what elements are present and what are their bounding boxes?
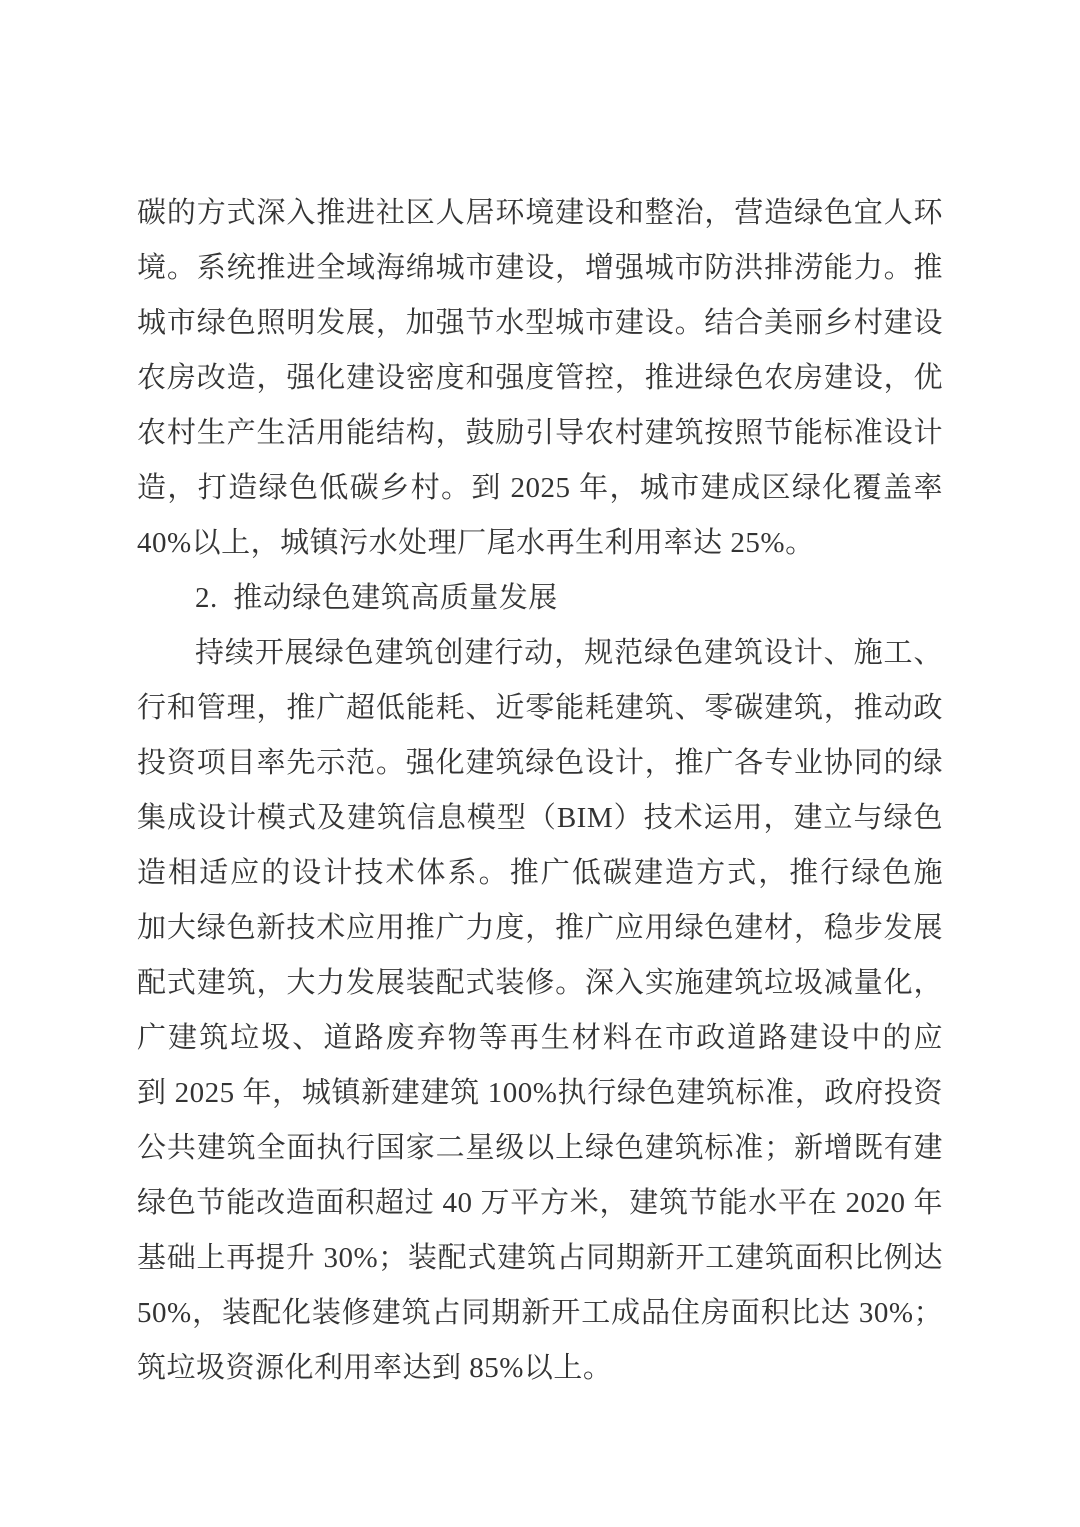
text-line: 城市绿色照明发展，加强节水型城市建设。结合美丽乡村建设和 xyxy=(137,296,943,351)
document-body: 碳的方式深入推进社区人居环境建设和整治，营造绿色宜人环境。系统推进全域海绵城市建… xyxy=(137,186,943,1396)
text-line: 行和管理，推广超低能耗、近零能耗建筑、零碳建筑，推动政府 xyxy=(137,681,943,736)
text-line: 40%以上，城镇污水处理厂尾水再生利用率达 25%。 xyxy=(137,516,943,571)
text-line: 农房改造，强化建设密度和强度管控，推进绿色农房建设，优化 xyxy=(137,351,943,406)
text-line: 投资项目率先示范。强化建筑绿色设计，推广各专业协同的绿色 xyxy=(137,736,943,791)
text-line: 基础上再提升 30%；装配式建筑占同期新开工建筑面积比例达 xyxy=(137,1231,943,1286)
text-line: 加大绿色新技术应用推广力度，推广应用绿色建材，稳步发展装 xyxy=(137,901,943,956)
text-line: 筑垃圾资源化利用率达到 85%以上。 xyxy=(137,1341,943,1396)
section-2-heading: 2. 推动绿色建筑高质量发展 xyxy=(137,571,943,626)
text-line: 集成设计模式及建筑信息模型（BIM）技术运用，建立与绿色建 xyxy=(137,791,943,846)
text-line: 配式建筑，大力发展装配式装修。深入实施建筑垃圾减量化，推 xyxy=(137,956,943,1011)
text-line: 广建筑垃圾、道路废弃物等再生材料在市政道路建设中的应用。 xyxy=(137,1011,943,1066)
document-page: 碳的方式深入推进社区人居环境建设和整治，营造绿色宜人环境。系统推进全域海绵城市建… xyxy=(0,0,1080,1527)
text-line: 碳的方式深入推进社区人居环境建设和整治，营造绿色宜人环 xyxy=(137,186,943,241)
text-line: 农村生产生活用能结构，鼓励引导农村建筑按照节能标准设计建 xyxy=(137,406,943,461)
text-line: 造相适应的设计技术体系。推广低碳建造方式，推行绿色施工， xyxy=(137,846,943,901)
text-line: 绿色节能改造面积超过 40 万平方米，建筑节能水平在 2020 年的 xyxy=(137,1176,943,1231)
text-line: 境。系统推进全域海绵城市建设，增强城市防洪排涝能力。推进 xyxy=(137,241,943,296)
text-line: 造，打造绿色低碳乡村。到 2025 年，城市建成区绿化覆盖率达 xyxy=(137,461,943,516)
text-line: 公共建筑全面执行国家二星级以上绿色建筑标准；新增既有建筑 xyxy=(137,1121,943,1176)
text-line: 持续开展绿色建筑创建行动，规范绿色建筑设计、施工、运 xyxy=(137,626,943,681)
text-line: 到 2025 年，城镇新建建筑 100%执行绿色建筑标准，政府投资的 xyxy=(137,1066,943,1121)
text-line: 50%，装配化装修建筑占同期新开工成品住房面积比达 30%；建 xyxy=(137,1286,943,1341)
